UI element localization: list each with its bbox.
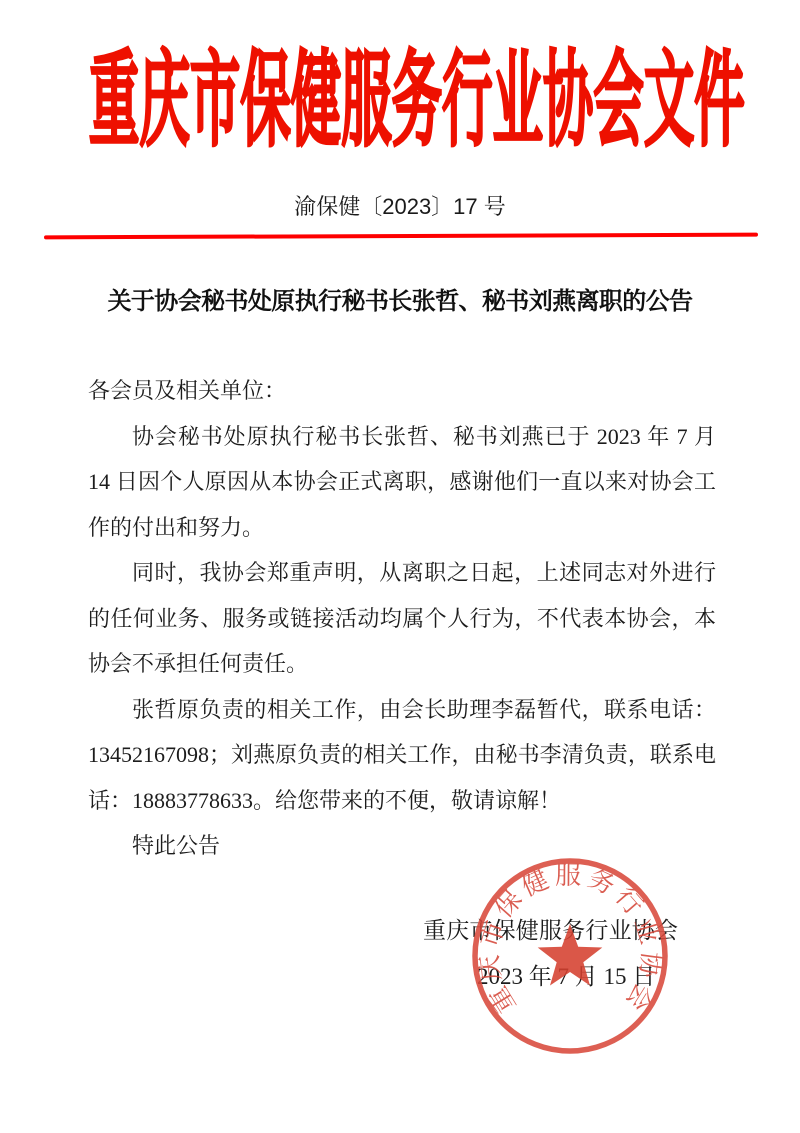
salutation: 各会员及相关单位： xyxy=(88,368,716,414)
seal-ring xyxy=(475,861,665,1051)
document-number: 渝保健〔2023〕17 号 xyxy=(0,190,800,221)
official-seal: 重庆市保健服务行业协会 xyxy=(462,848,678,1064)
signature-date: 2023 年 7 月 15 日 xyxy=(477,958,655,991)
closing-phrase: 特此公告 xyxy=(88,823,716,869)
body-paragraph: 协会秘书处原执行秘书长张哲、秘书刘燕已于 2023 年 7 月 14 日因个人原… xyxy=(88,414,716,551)
document-page: 重庆市保健服务行业协会文件 渝保健〔2023〕17 号 关于协会秘书处原执行秘书… xyxy=(0,0,800,1133)
body-paragraph: 同时，我协会郑重声明，从离职之日起，上述同志对外进行的任何业务、服务或链接活动均… xyxy=(88,550,716,687)
signature-org-name: 重庆市保健服务行业协会 xyxy=(423,912,678,945)
announcement-title: 关于协会秘书处原执行秘书长张哲、秘书刘燕离职的公告 xyxy=(0,281,800,316)
announcement-body: 各会员及相关单位： 协会秘书处原执行秘书长张哲、秘书刘燕已于 2023 年 7 … xyxy=(88,368,716,869)
letterhead-divider-rule xyxy=(44,233,758,240)
body-paragraph: 张哲原负责的相关工作，由会长助理李磊暂代，联系电话：13452167098；刘燕… xyxy=(88,687,716,824)
letterhead-org-title: 重庆市保健服务行业协会文件 xyxy=(89,46,745,158)
